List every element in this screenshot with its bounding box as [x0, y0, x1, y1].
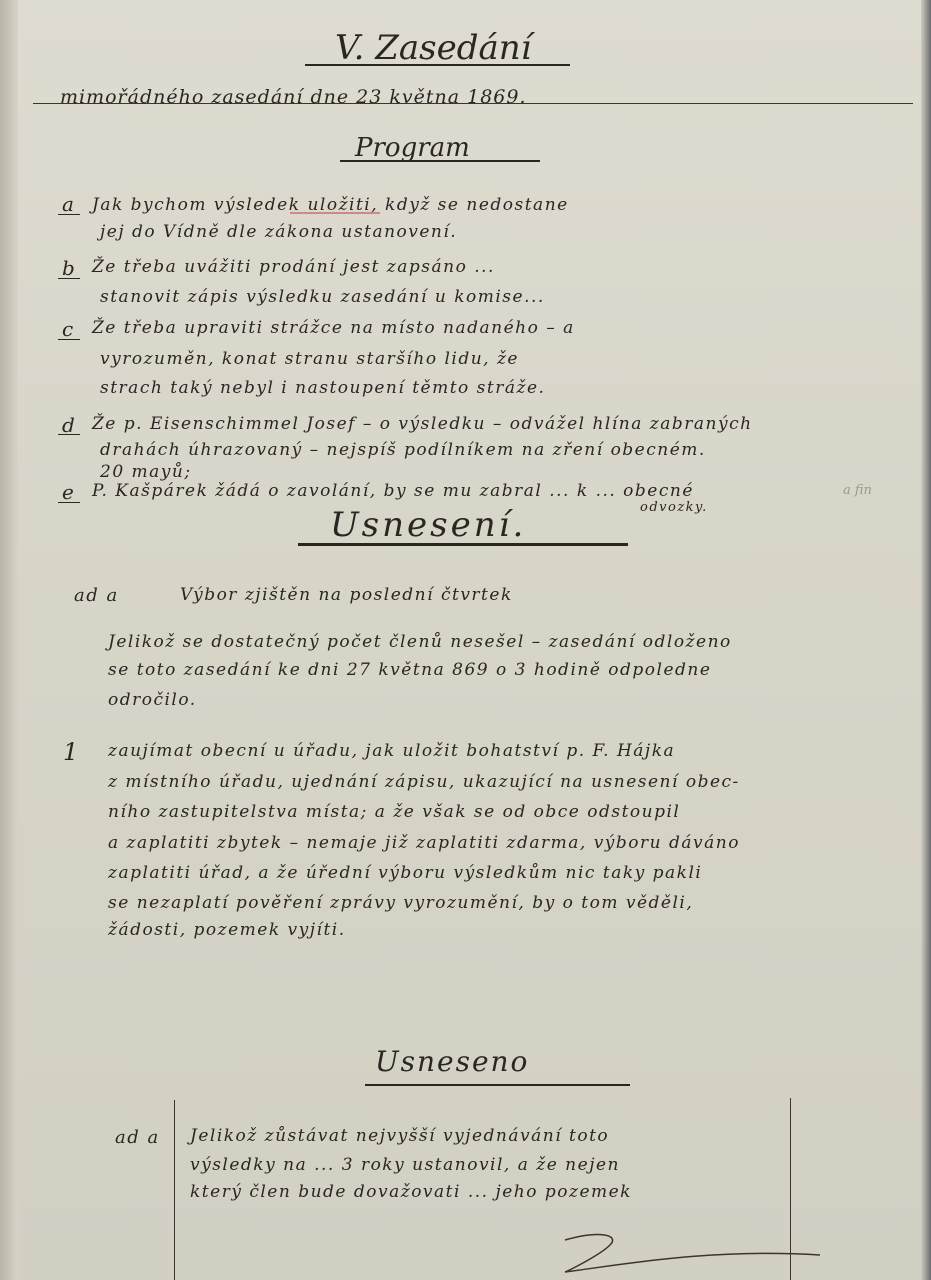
program-d-line-1: Že p. Eisenschimmel Josef – o výsledku –…	[92, 414, 753, 434]
resolution-1-line-4: a zaplatiti zbytek – nemaje již zaplatit…	[108, 833, 740, 853]
program-b-line-1: Že třeba uvážiti prodání jest zapsáno ..…	[92, 257, 495, 277]
resolutions-heading: Usnesení.	[330, 505, 526, 545]
program-marker-e: e	[62, 480, 74, 504]
signature-flourish	[560, 1230, 830, 1280]
subheading-underline	[33, 103, 913, 104]
margin-pencil-note: a fin	[843, 483, 872, 498]
program-c-line-3: strach taký nebyl i nastoupení těmto str…	[100, 378, 545, 398]
marker-underline	[58, 502, 80, 503]
heading-underline	[305, 64, 570, 66]
red-pencil-underline	[290, 212, 380, 214]
left-margin-rule	[174, 1100, 175, 1280]
session-heading: V. Zasedání	[335, 28, 532, 68]
program-underline	[340, 160, 540, 162]
marker-underline	[58, 214, 80, 215]
marker-underline	[58, 434, 80, 435]
program-e-interlinear-note: odvozky.	[640, 500, 708, 515]
manuscript-page: V. Zasedání mimořádného zasedání dne 23 …	[0, 0, 931, 1280]
page-edge	[921, 0, 931, 1280]
resolution-marker-1: 1	[63, 738, 78, 766]
program-marker-c: c	[62, 317, 73, 341]
page-binding-shadow	[0, 0, 18, 1280]
second-resolutions-underline	[365, 1084, 630, 1086]
program-marker-b: b	[62, 256, 75, 280]
program-marker-a: a	[62, 192, 74, 216]
resolution-1-line-1: zaujímat obecní u úřadu, jak uložit boha…	[108, 741, 675, 761]
resolution-a-title: Výbor zjištěn na poslední čtvrtek	[180, 585, 513, 605]
second-resolution-line-2: výsledky na ... 3 roky ustanovil, a že n…	[190, 1155, 620, 1175]
program-a-line-2: jej do Vídně dle zákona ustanovení.	[100, 222, 457, 242]
resolution-a-line-2: se toto zasedání ke dni 27 května 869 o …	[108, 660, 711, 680]
program-d-line-2: drahách úhrazovaný – nejspíš podílníkem …	[100, 440, 706, 460]
program-b-line-2: stanovit zápis výsledku zasedání u komis…	[100, 287, 545, 307]
program-c-line-2: vyrozuměn, konat stranu staršího lidu, ž…	[100, 349, 519, 369]
session-subheading: mimořádného zasedání dne 23 května 1869.	[60, 86, 527, 108]
second-resolutions-heading: Usneseno	[375, 1045, 529, 1078]
marker-underline	[58, 339, 80, 340]
resolution-marker-ad-a: ad a	[74, 585, 119, 606]
resolution-1-line-3: ního zastupitelstva místa; a že však se …	[108, 802, 680, 822]
resolutions-underline	[298, 543, 628, 546]
resolution-1-line-6: se nezaplatí pověření zprávy vyrozumění,…	[108, 893, 693, 913]
program-e-line-1: P. Kašpárek žádá o zavolání, by se mu za…	[92, 481, 694, 501]
marker-underline	[58, 278, 80, 279]
second-resolution-marker-ad-a: ad a	[115, 1127, 160, 1148]
second-resolution-line-1: Jelikož zůstávat nejvyšší vyjednávání to…	[190, 1126, 609, 1146]
second-resolution-line-3: který člen bude dovažovati ... jeho poze…	[190, 1182, 632, 1202]
resolution-1-line-7: žádosti, pozemek vyjíti.	[108, 920, 346, 940]
resolution-1-line-5: zaplatiti úřad, a že úřední výboru výsle…	[108, 863, 702, 883]
program-d-line-3: 20 mayů;	[100, 462, 192, 482]
program-heading: Program	[355, 133, 470, 163]
resolution-a-line-3: odročilo.	[108, 690, 197, 710]
program-c-line-1: Že třeba upraviti strážce na místo nadan…	[92, 318, 575, 338]
resolution-1-line-2: z místního úřadu, ujednání zápisu, ukazu…	[108, 772, 740, 792]
resolution-a-line-1: Jelikož se dostatečný počet členů neseše…	[108, 632, 732, 652]
